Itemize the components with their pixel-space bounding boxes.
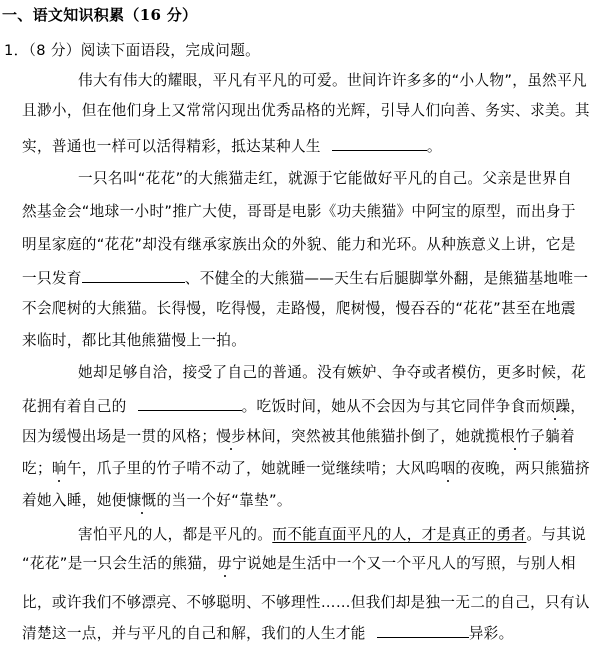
question-header: 1．（8 分）阅读下面语段，完成问题。 bbox=[4, 42, 260, 60]
p3-line-3: 因为缓慢出场是一贯的风格；慢步林间，突然被其他熊猫扑倒了，她就揽根竹子躺着 bbox=[22, 428, 575, 446]
question-prompt: 阅读下面语段，完成问题。 bbox=[81, 42, 260, 59]
p3-line-5: 着她入睡，她便慷慨的当一个好“靠垫”。 bbox=[22, 492, 292, 510]
p3-line-1: 她却足够自洽，接受了自己的普通。没有嫉妒、争夺或者模仿，更多时候，花 bbox=[78, 364, 586, 382]
p3-line-2: 花拥有着自己的 。吃饭时间，她从不会因为与其它同伴争食而烦躁， bbox=[22, 396, 585, 416]
p1-line-1: 伟大有伟大的耀眼，平凡有平凡的可爱。世间许许多多的“小人物”，虽然平凡 bbox=[78, 72, 587, 90]
question-number: 1． bbox=[4, 42, 29, 59]
answer-blank-3[interactable] bbox=[138, 396, 242, 411]
underlined-sentence: 而不能直面平凡的人，才是真正的勇者 bbox=[272, 526, 526, 543]
p4-line-2: “花花”是一只会生活的熊猫，毋宁说她是生活中一个又一个平凡人的写照，与别人相 bbox=[22, 555, 576, 573]
p4-line-3: 比，或许我们不够漂亮、不够聪明、不够理性……但我们却是独一无二的自己，只有认 bbox=[22, 594, 590, 612]
annotated-word: 烦躁 bbox=[541, 398, 571, 415]
p2-line-6: 来临时，都比其他熊猫慢上一拍。 bbox=[22, 332, 246, 350]
annotated-word: 毋 bbox=[217, 555, 232, 572]
section-title: 一、语文知识积累（16 分） bbox=[2, 4, 197, 25]
p2-line-5: 不会爬树的大熊猫。长得慢，吃得慢，走路慢，爬树慢，慢吞吞的“花花”甚至在地震 bbox=[22, 300, 576, 318]
answer-blank-4[interactable] bbox=[377, 623, 469, 638]
answer-blank-2[interactable] bbox=[82, 268, 185, 283]
annotated-word: 咽 bbox=[440, 460, 455, 477]
annotated-word: 慷慨 bbox=[127, 492, 157, 509]
p2-line-2: 然基金会“地球一小时”推广大使，哥哥是电影《功夫熊猫》中阿宝的原型，而出身于 bbox=[22, 203, 576, 221]
p2-line-1: 一只名叫“花花”的大熊猫走红，就源于它能做好平凡的自己。父亲是世界自 bbox=[78, 170, 572, 188]
p3-line-4: 吃；晌午，爪子里的竹子啃不动了，她就睡一觉继续啃；大风呜咽的夜晚，两只熊猫挤 bbox=[22, 460, 590, 478]
p4-line-4: 清楚这一点，并与平凡的自己和解，我们的人生才能 异彩。 bbox=[22, 623, 514, 643]
annotated-word: 慢步 bbox=[216, 428, 246, 445]
annotated-word: 晌 bbox=[52, 460, 67, 477]
p1-line-2: 且渺小，但在他们身上又常常闪现出优秀品格的光辉，引导人们向善、务实、求美。其 bbox=[22, 102, 590, 120]
p2-line-4: 一只发育、不健全的大熊猫——天生右后腿脚掌外翻，是熊猫基地唯一 bbox=[22, 268, 588, 288]
question-points: （8 分） bbox=[29, 42, 81, 59]
answer-blank-1[interactable] bbox=[332, 136, 427, 151]
p1-line-3: 实，普通也一样可以活得精彩，抵达某种人生 。 bbox=[22, 136, 442, 156]
p4-line-1: 害怕平凡的人，都是平凡的。而不能直面平凡的人，才是真正的勇者。与其说 bbox=[78, 526, 586, 544]
annotated-word: 揽根竹子 bbox=[485, 428, 545, 445]
p2-line-3: 明星家庭的“花花”却没有继承家族出众的外貌、能力和光环。从种族意义上讲，它是 bbox=[22, 236, 576, 254]
